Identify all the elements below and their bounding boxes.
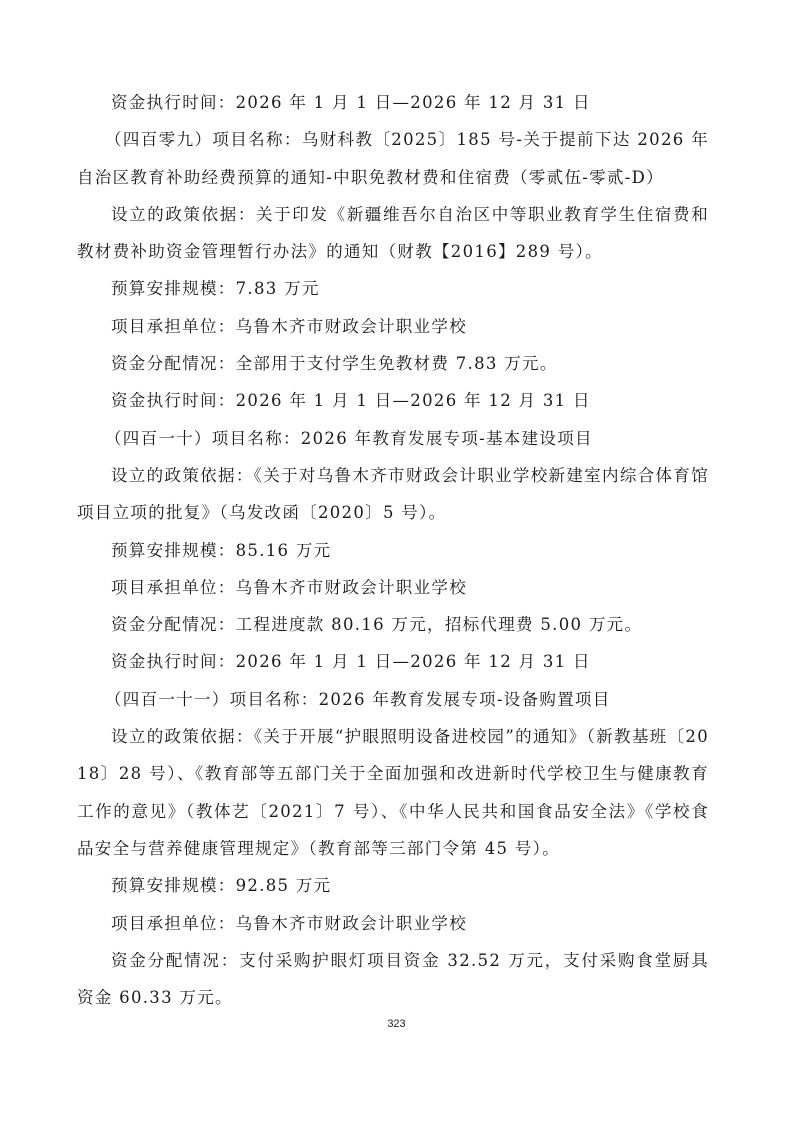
project-heading-411: （四百一十一）项目名称：2026 年教育发展专项-设备购置项目 [77,681,709,718]
execution-time-409: 资金执行时间：2026 年 1 月 1 日—2026 年 12 月 31 日 [77,382,709,419]
fund-allocation-409: 资金分配情况：全部用于支付学生免教材费 7.83 万元。 [77,345,709,382]
project-heading-409: （四百零九）项目名称：乌财科教〔2025〕185 号-关于提前下达 2026 年… [77,121,709,196]
fund-allocation-410: 资金分配情况：工程进度款 80.16 万元，招标代理费 5.00 万元。 [77,606,709,643]
execution-time-410: 资金执行时间：2026 年 1 月 1 日—2026 年 12 月 31 日 [77,643,709,680]
responsible-unit-410: 项目承担单位：乌鲁木齐市财政会计职业学校 [77,569,709,606]
budget-scale-409: 预算安排规模：7.83 万元 [77,270,709,307]
responsible-unit-409: 项目承担单位：乌鲁木齐市财政会计职业学校 [77,308,709,345]
responsible-unit-411: 项目承担单位：乌鲁木齐市财政会计职业学校 [77,905,709,942]
document-body: 资金执行时间：2026 年 1 月 1 日—2026 年 12 月 31 日 （… [77,84,709,1016]
policy-basis-410: 设立的政策依据：《关于对乌鲁木齐市财政会计职业学校新建室内综合体育馆项目立项的批… [77,457,709,532]
project-heading-410: （四百一十）项目名称：2026 年教育发展专项-基本建设项目 [77,420,709,457]
document-page: 资金执行时间：2026 年 1 月 1 日—2026 年 12 月 31 日 （… [0,0,793,1122]
policy-basis-409: 设立的政策依据：关于印发《新疆维吾尔自治区中等职业教育学生住宿费和教材费补助资金… [77,196,709,271]
budget-scale-410: 预算安排规模：85.16 万元 [77,532,709,569]
policy-basis-411: 设立的政策依据：《关于开展“护眼照明设备进校园”的通知》（新教基班〔2018〕2… [77,718,709,867]
page-number: 323 [0,1018,793,1030]
budget-scale-411: 预算安排规模：92.85 万元 [77,867,709,904]
fund-allocation-411: 资金分配情况：支付采购护眼灯项目资金 32.52 万元，支付采购食堂厨具资金 6… [77,942,709,1017]
execution-time-409-prev: 资金执行时间：2026 年 1 月 1 日—2026 年 12 月 31 日 [77,84,709,121]
